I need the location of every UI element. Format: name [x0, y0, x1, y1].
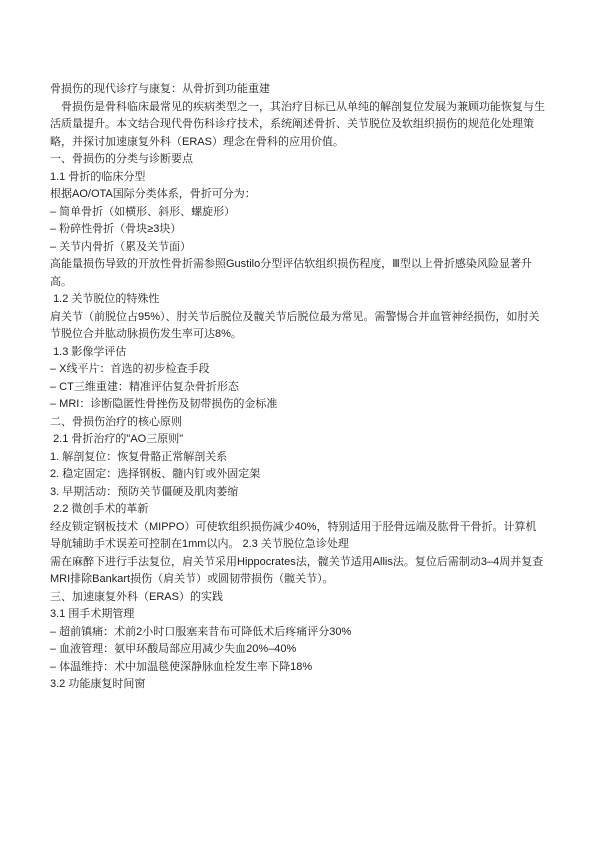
numbered-item: 2. 稳定固定：选择钢板、髓内钉或外固定架	[50, 466, 545, 484]
body-paragraph: 高能量损伤导致的开放性骨折需参照Gustilo分型评估软组织损伤程度，Ⅲ型以上骨…	[50, 256, 545, 291]
list-item: – X线平片：首选的初步检查手段	[50, 361, 545, 379]
subsection-heading-1-2: 1.2 关节脱位的特殊性	[50, 291, 545, 309]
body-paragraph: 需在麻醉下进行手法复位，肩关节采用Hippocrates法，髋关节适用Allis…	[50, 554, 545, 589]
document-page: 骨损伤的现代诊疗与康复：从骨折到功能重建 骨损伤是骨科临床最常见的疾病类型之一，…	[0, 0, 595, 841]
body-paragraph: 肩关节（前脱位占95%）、肘关节后脱位及髋关节后脱位最为常见。需警惕合并血管神经…	[50, 309, 545, 344]
subsection-heading-2-2: 2.2 微创手术的革新	[50, 501, 545, 519]
subsection-heading-3-1: 3.1 围手术期管理	[50, 606, 545, 624]
list-item: – 血液管理：氨甲环酸局部应用减少失血20%–40%	[50, 641, 545, 659]
list-item: – MRI：诊断隐匿性骨挫伤及韧带损伤的金标准	[50, 396, 545, 414]
subsection-heading-1-3: 1.3 影像学评估	[50, 344, 545, 362]
numbered-item: 1. 解剖复位：恢复骨骼正常解剖关系	[50, 449, 545, 467]
section-3-heading: 三、加速康复外科（ERAS）的实践	[50, 589, 545, 607]
list-item: – 粉碎性骨折（骨块≥3块）	[50, 221, 545, 239]
body-paragraph: 经皮锁定钢板技术（MIPPO）可使软组织损伤减少40%，特别适用于胫骨远端及肱骨…	[50, 519, 545, 554]
section-2-heading: 二、骨损伤治疗的核心原则	[50, 414, 545, 432]
list-item: – 超前镇痛：术前2小时口服塞来昔布可降低术后疼痛评分30%	[50, 624, 545, 642]
body-line: 根据AO/OTA国际分类体系，骨折可分为：	[50, 186, 545, 204]
list-item: – CT三维重建：精准评估复杂骨折形态	[50, 379, 545, 397]
doc-title: 骨损伤的现代诊疗与康复：从骨折到功能重建	[50, 81, 545, 99]
subsection-heading-3-2: 3.2 功能康复时间窗	[50, 676, 545, 694]
subsection-heading-2-1: 2.1 骨折治疗的"AO三原则"	[50, 431, 545, 449]
intro-paragraph: 骨损伤是骨科临床最常见的疾病类型之一，其治疗目标已从单纯的解剖复位发展为兼顾功能…	[50, 99, 545, 152]
subsection-heading-1-1: 1.1 骨折的临床分型	[50, 169, 545, 187]
list-item: – 关节内骨折（累及关节面）	[50, 239, 545, 257]
list-item: – 简单骨折（如横形、斜形、螺旋形）	[50, 204, 545, 222]
numbered-item: 3. 早期活动：预防关节僵硬及肌肉萎缩	[50, 484, 545, 502]
list-item: – 体温维持：术中加温毯使深静脉血栓发生率下降18%	[50, 659, 545, 677]
section-1-heading: 一、骨损伤的分类与诊断要点	[50, 151, 545, 169]
